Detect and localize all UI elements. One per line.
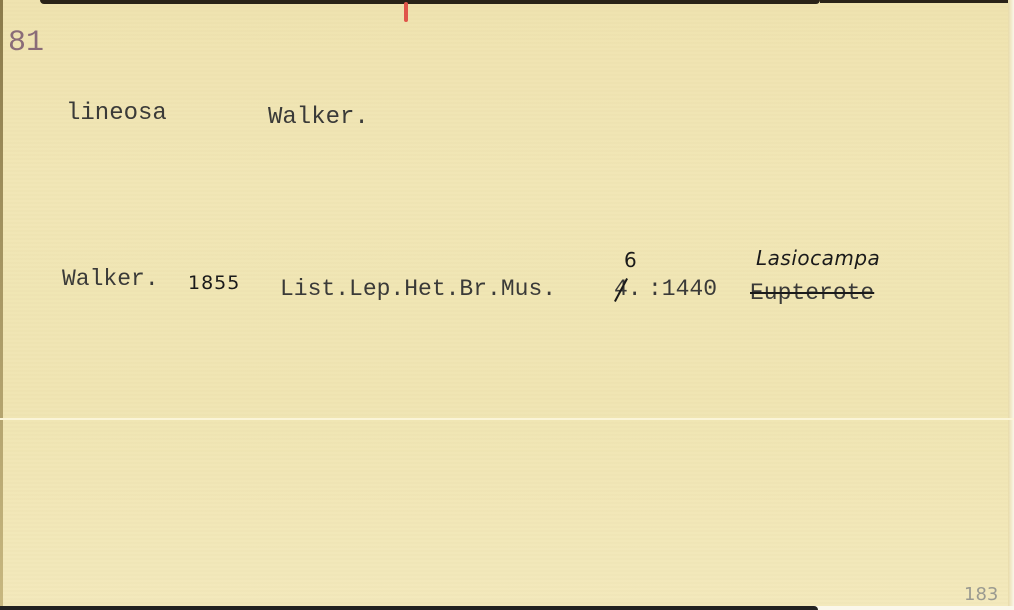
index-card: 81 lineosa Walker. Walker. 1855 List.Lep… [0, 0, 1014, 610]
reference-citation: List.Lep.Het.Br.Mus. [280, 276, 556, 302]
scan-fold-line [0, 418, 1014, 420]
genus-handwritten-correction: Lasiocampa [756, 246, 880, 270]
card-top-edge-shadow [40, 0, 820, 4]
red-tab-marker [404, 2, 408, 22]
volume-struck-wrapper: 4. [614, 276, 642, 302]
card-number: 81 [8, 26, 44, 60]
volume-struck-typed: 4. [614, 276, 642, 302]
volume-handwritten-correction: 6 [624, 248, 637, 272]
species-author: Walker. [268, 104, 369, 131]
species-name: lineosa [66, 100, 167, 127]
card-left-edge [0, 0, 3, 610]
card-bottom-shadow [0, 606, 818, 610]
card-right-edge [1008, 0, 1014, 610]
genus-struck-typed: Eupterote [750, 280, 874, 306]
card-top-edge-shadow-right [820, 0, 1014, 3]
reference-year-handwritten: 1855 [188, 272, 240, 294]
reference-author: Walker. [62, 266, 159, 292]
reference-page: :1440 [648, 276, 717, 302]
archive-number: 183 [964, 584, 998, 605]
